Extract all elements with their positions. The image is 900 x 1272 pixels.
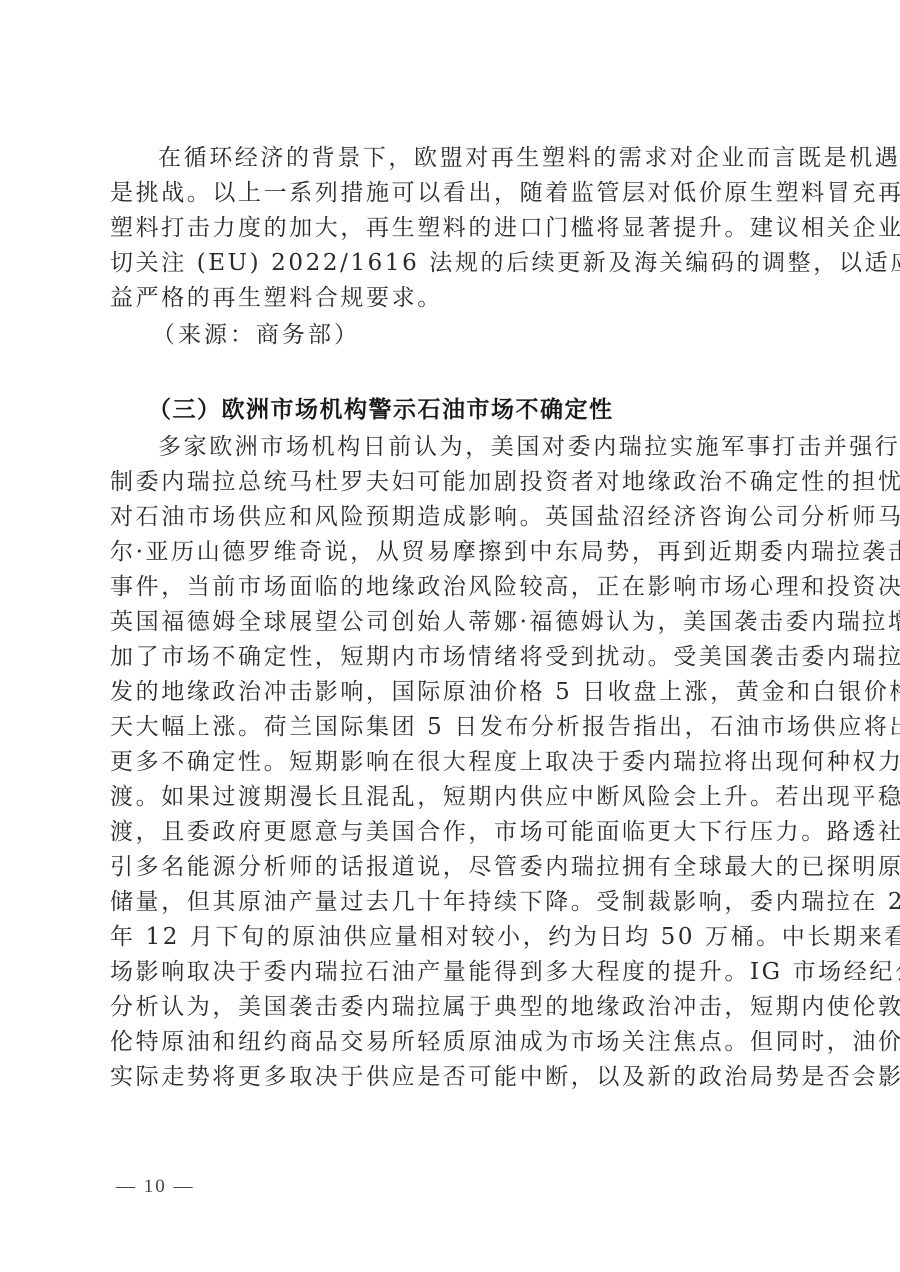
paragraph-2-line-2: 制委内瑞拉总统马杜罗夫妇可能加剧投资者对地缘政治不确定性的担忧， [110,465,788,500]
source-attribution: （来源：商务部） [152,318,830,353]
paragraph-2-line-9: 天大幅上涨。荷兰国际集团 5 日发布分析报告指出，石油市场供应将出现 [110,710,788,745]
paragraph-2-line-3: 对石油市场供应和风险预期造成影响。英国盐沼经济咨询公司分析师马谢 [110,500,788,535]
paragraph-2-line-1: 多家欧洲市场机构日前认为，美国对委内瑞拉实施军事打击并强行控 [158,430,788,465]
paragraph-2-line-5: 事件，当前市场面临的地缘政治风险较高，正在影响市场心理和投资决策。 [110,570,788,605]
paragraph-1-line-1: 在循环经济的背景下，欧盟对再生塑料的需求对企业而言既是机遇也 [158,141,788,176]
paragraph-2-line-16: 场影响取决于委内瑞拉石油产量能得到多大程度的提升。IG 市场经纪公司 [110,955,788,990]
paragraph-2-line-4: 尔·亚历山德罗维奇说，从贸易摩擦到中东局势，再到近期委内瑞拉袭击 [110,535,788,570]
paragraph-2-line-17: 分析认为，美国袭击委内瑞拉属于典型的地缘政治冲击，短期内使伦敦布 [110,990,788,1025]
paragraph-1-line-4: 切关注 (EU) 2022/1616 法规的后续更新及海关编码的调整，以适应欧盟… [110,246,788,281]
paragraph-2-line-14: 储量，但其原油产量过去几十年持续下降。受制裁影响，委内瑞拉在 2025 [110,885,788,920]
section-heading: （三）欧洲市场机构警示石油市场不确定性 [148,393,826,428]
paragraph-1-line-2: 是挑战。以上一系列措施可以看出，随着监管层对低价原生塑料冒充再生 [110,176,788,211]
paragraph-2-line-6: 英国福德姆全球展望公司创始人蒂娜·福德姆认为，美国袭击委内瑞拉增 [110,605,788,640]
page-number: — 10 — [116,1176,195,1198]
paragraph-2-line-7: 加了市场不确定性，短期内市场情绪将受到扰动。受美国袭击委内瑞拉引 [110,640,788,675]
paragraph-1-line-3: 塑料打击力度的加大，再生塑料的进口门槛将显著提升。建议相关企业密 [110,211,788,246]
paragraph-1-line-5: 益严格的再生塑料合规要求。 [110,281,788,316]
paragraph-2-line-8: 发的地缘政治冲击影响，国际原油价格 5 日收盘上涨，黄金和白银价格当 [110,675,788,710]
paragraph-2-line-18: 伦特原油和纽约商品交易所轻质原油成为市场关注焦点。但同时，油价的 [110,1025,788,1060]
document-page: 在循环经济的背景下，欧盟对再生塑料的需求对企业而言既是机遇也 是挑战。以上一系列… [0,0,900,1272]
paragraph-2-line-15: 年 12 月下旬的原油供应量相对较小，约为日均 50 万桶。中长期来看，市 [110,920,788,955]
paragraph-2-line-11: 渡。如果过渡期漫长且混乱，短期内供应中断风险会上升。若出现平稳过 [110,780,788,815]
paragraph-2-line-10: 更多不确定性。短期影响在很大程度上取决于委内瑞拉将出现何种权力过 [110,745,788,780]
paragraph-2-line-19: 实际走势将更多取决于供应是否可能中断，以及新的政治局势是否会影响 [110,1060,788,1095]
paragraph-2-line-13: 引多名能源分析师的话报道说，尽管委内瑞拉拥有全球最大的已探明原油 [110,850,788,885]
paragraph-2-line-12: 渡，且委政府更愿意与美国合作，市场可能面临更大下行压力。路透社援 [110,815,788,850]
